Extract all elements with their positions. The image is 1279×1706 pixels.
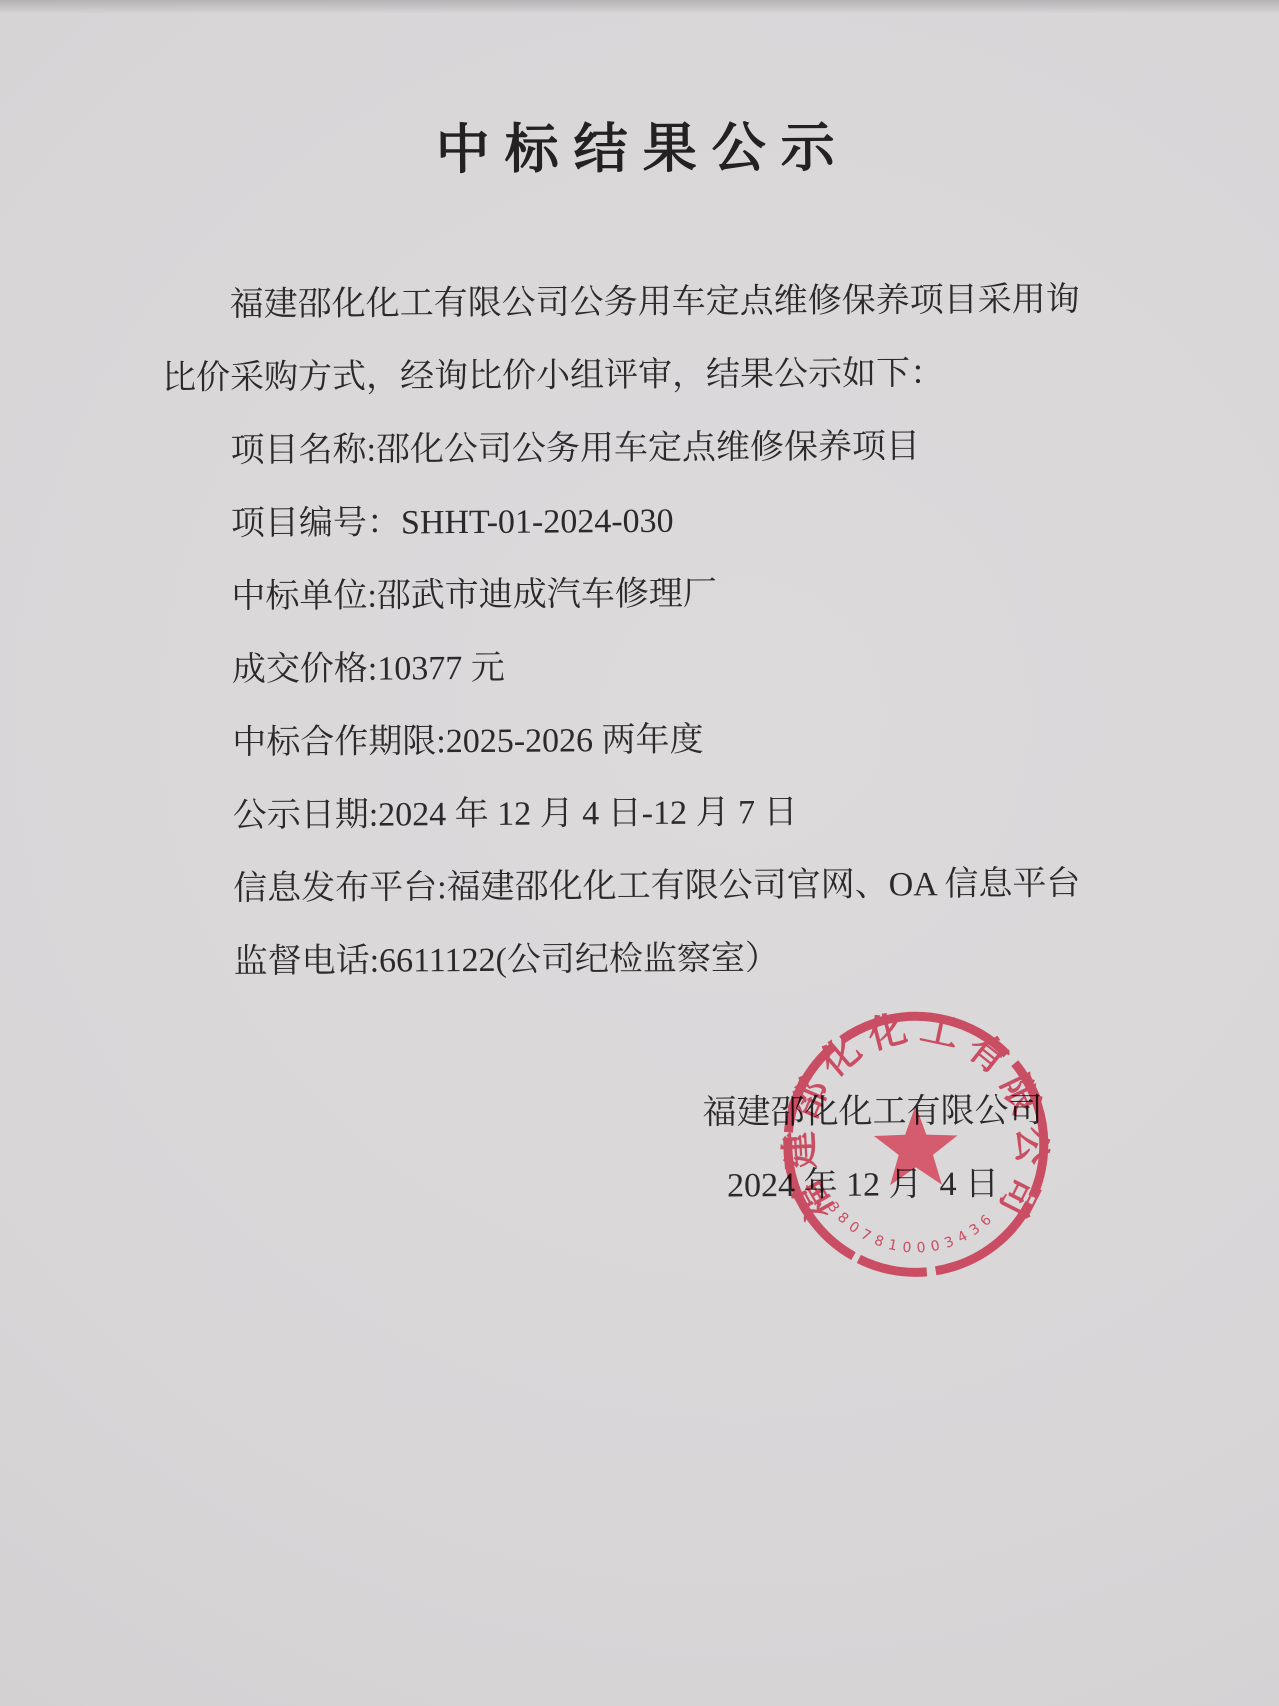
detail-line-supervision-phone: 监督电话:6611122(公司纪检监察室）	[165, 920, 1187, 999]
detail-line-project-name: 项目名称:邵化公司公务用车定点维修保养项目	[162, 409, 1184, 488]
signature-block: 福建邵化化工有限公司 2024 年 12 月 4 日	[1, 1073, 1279, 1227]
detail-line-winning-bidder: 中标单位:邵武市迪成汽车修理厂	[163, 555, 1185, 634]
svg-text:3807810003436: 3807810003436	[824, 1198, 999, 1257]
detail-line-publishing-platform: 信息发布平台:福建邵化化工有限公司官网、OA 信息平台	[165, 847, 1187, 926]
announcement-body: 福建邵化化工有限公司公务用车定点维修保养项目采用询 比价采购方式，经询比价小组评…	[0, 262, 1279, 1000]
detail-line-cooperation-period: 中标合作期限:2025-2026 两年度	[164, 701, 1186, 780]
body-paragraph-line-1: 福建邵化化工有限公司公务用车定点维修保养项目采用询	[161, 263, 1183, 342]
document-photo: 中标结果公示 福建邵化化工有限公司公务用车定点维修保养项目采用询 比价采购方式，…	[0, 0, 1279, 1706]
detail-line-deal-price: 成交价格:10377 元	[164, 628, 1186, 707]
company-seal: 福建邵化化工有限公司 3807810003436	[764, 992, 1068, 1296]
announcement-sheet: 中标结果公示 福建邵化化工有限公司公务用车定点维修保养项目采用询 比价采购方式，…	[0, 0, 1279, 1706]
seal-serial-number: 3807810003436	[824, 1198, 999, 1257]
signature-company-name: 福建邵化化工有限公司	[1, 1073, 1279, 1154]
announcement-title: 中标结果公示	[0, 108, 1275, 190]
seal-star-icon	[874, 1105, 958, 1185]
detail-line-publicity-dates: 公示日期:2024 年 12 月 4 日-12 月 7 日	[165, 774, 1187, 853]
signature-date: 2024 年 12 月 4 日	[2, 1146, 1279, 1227]
body-paragraph-line-2: 比价采购方式，经询比价小组评审，结果公示如下：	[162, 336, 1184, 415]
detail-line-project-number: 项目编号：SHHT-01-2024-030	[163, 482, 1185, 561]
